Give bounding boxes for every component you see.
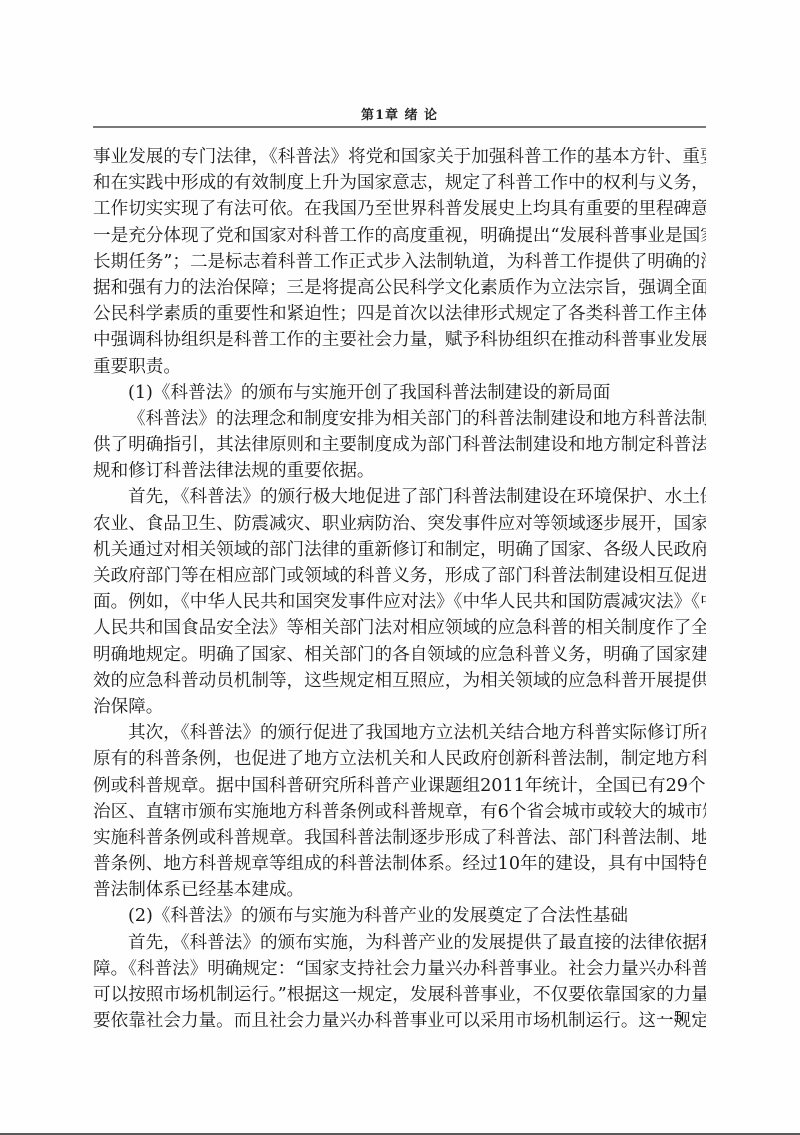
text-line: (1)《科普法》的颁布与实施开创了我国科普法制建设的新局面 — [93, 380, 706, 406]
text-line: 首先，《科普法》的颁行极大地促进了部门科普法制建设在环境保护、水土保持、 — [93, 484, 706, 510]
text-line: 《科普法》的法理念和制度安排为相关部门的科普法制建设和地方科普法制建设提 — [93, 406, 706, 432]
text-line: 效的应急科普动员机制等，这些规定相互照应，为相关领域的应急科普开展提供了法 — [93, 668, 706, 694]
page-number: · 5 · — [660, 1008, 699, 1026]
header-rule — [93, 126, 706, 128]
text-line: 可以按照市场机制运行。”根据这一规定，发展科普事业，不仅要依靠国家的力量，也 — [93, 982, 706, 1008]
text-line: 实施科普条例或科普规章。我国科普法制逐步形成了科普法、部门科普法制、地方科 — [93, 825, 706, 851]
text-line: 原有的科普条例，也促进了地方立法机关和人民政府创新科普法制，制定地方科普条 — [93, 746, 706, 772]
text-line: (2)《科普法》的颁布与实施为科普产业的发展奠定了合法性基础 — [93, 903, 706, 929]
text-line: 例或科普规章。据中国科普研究所科普产业课题组2011年统计，全国已有29个省、自 — [93, 773, 706, 799]
text-line: 首先，《科普法》的颁布实施，为科普产业的发展提供了最直接的法律依据和保 — [93, 930, 706, 956]
text-line: 障。《科普法》明确规定：“国家支持社会力量兴办科普事业。社会力量兴办科普事业 — [93, 956, 706, 982]
text-line: 公民科学素质的重要性和紧迫性；四是首次以法律形式规定了各类科普工作主体，其 — [93, 301, 706, 327]
text-line: 长期任务”；二是标志着科普工作正式步入法制轨道，为科普工作提供了明确的法律依 — [93, 249, 706, 275]
text-line: 明确地规定。明确了国家、相关部门的各自领域的应急科普义务，明确了国家建立有 — [93, 642, 706, 668]
text-line: 规和修订科普法律法规的重要依据。 — [93, 458, 706, 484]
text-line: 普条例、地方科普规章等组成的科普法制体系。经过10年的建设，具有中国特色的科 — [93, 851, 706, 877]
text-line: 面。例如，《中华人民共和国突发事件应对法》《中华人民共和国防震减灾法》《中华 — [93, 589, 706, 615]
text-line: 人民共和国食品安全法》等相关部门法对相应领域的应急科普的相关制度作了全面、 — [93, 615, 706, 641]
document-page: 第1章 绪 论 事业发展的专门法律，《科普法》将党和国家关于加强科普工作的基本方… — [0, 0, 800, 1135]
text-line: 重要职责。 — [93, 354, 706, 380]
text-line: 供了明确指引，其法律原则和主要制度成为部门科普法制建设和地方制定科普法律法 — [93, 432, 706, 458]
text-line: 和在实践中形成的有效制度上升为国家意志，规定了科普工作中的权利与义务，科普 — [93, 170, 706, 196]
text-line: 治保障。 — [93, 694, 706, 720]
text-line: 农业、食品卫生、防震减灾、职业病防治、突发事件应对等领域逐步展开，国家立法 — [93, 511, 706, 537]
text-line: 据和强有力的法治保障；三是将提高公民科学文化素质作为立法宗旨，强调全面提高 — [93, 275, 706, 301]
text-line: 其次，《科普法》的颁行促进了我国地方立法机关结合地方科普实际修订所在地区 — [93, 720, 706, 746]
text-line: 中强调科协组织是科普工作的主要社会力量，赋予科协组织在推动科普事业发展中的 — [93, 327, 706, 353]
text-line: 关政府部门等在相应部门或领域的科普义务，形成了部门科普法制建设相互促进的局 — [93, 563, 706, 589]
text-line: 普法制体系已经基本建成。 — [93, 877, 706, 903]
text-line: 一是充分体现了党和国家对科普工作的高度重视，明确提出“发展科普事业是国家的 — [93, 223, 706, 249]
text-line: 工作切实实现了有法可依。在我国乃至世界科普发展史上均具有重要的里程碑意义： — [93, 196, 706, 222]
text-line: 要依靠社会力量。而且社会力量兴办科普事业可以采用市场机制运行。这一规定在法 — [93, 1008, 706, 1034]
body-text: 事业发展的专门法律，《科普法》将党和国家关于加强科普工作的基本方针、重要政策和在… — [93, 144, 706, 1034]
text-line: 事业发展的专门法律，《科普法》将党和国家关于加强科普工作的基本方针、重要政策 — [93, 144, 706, 170]
text-line: 治区、直辖市颁布实施地方科普条例或科普规章，有6个省会城市或较大的城市颁布 — [93, 799, 706, 825]
text-line: 机关通过对相关领域的部门法律的重新修订和制定，明确了国家、各级人民政府、相 — [93, 537, 706, 563]
running-header: 第1章 绪 论 — [93, 104, 706, 123]
